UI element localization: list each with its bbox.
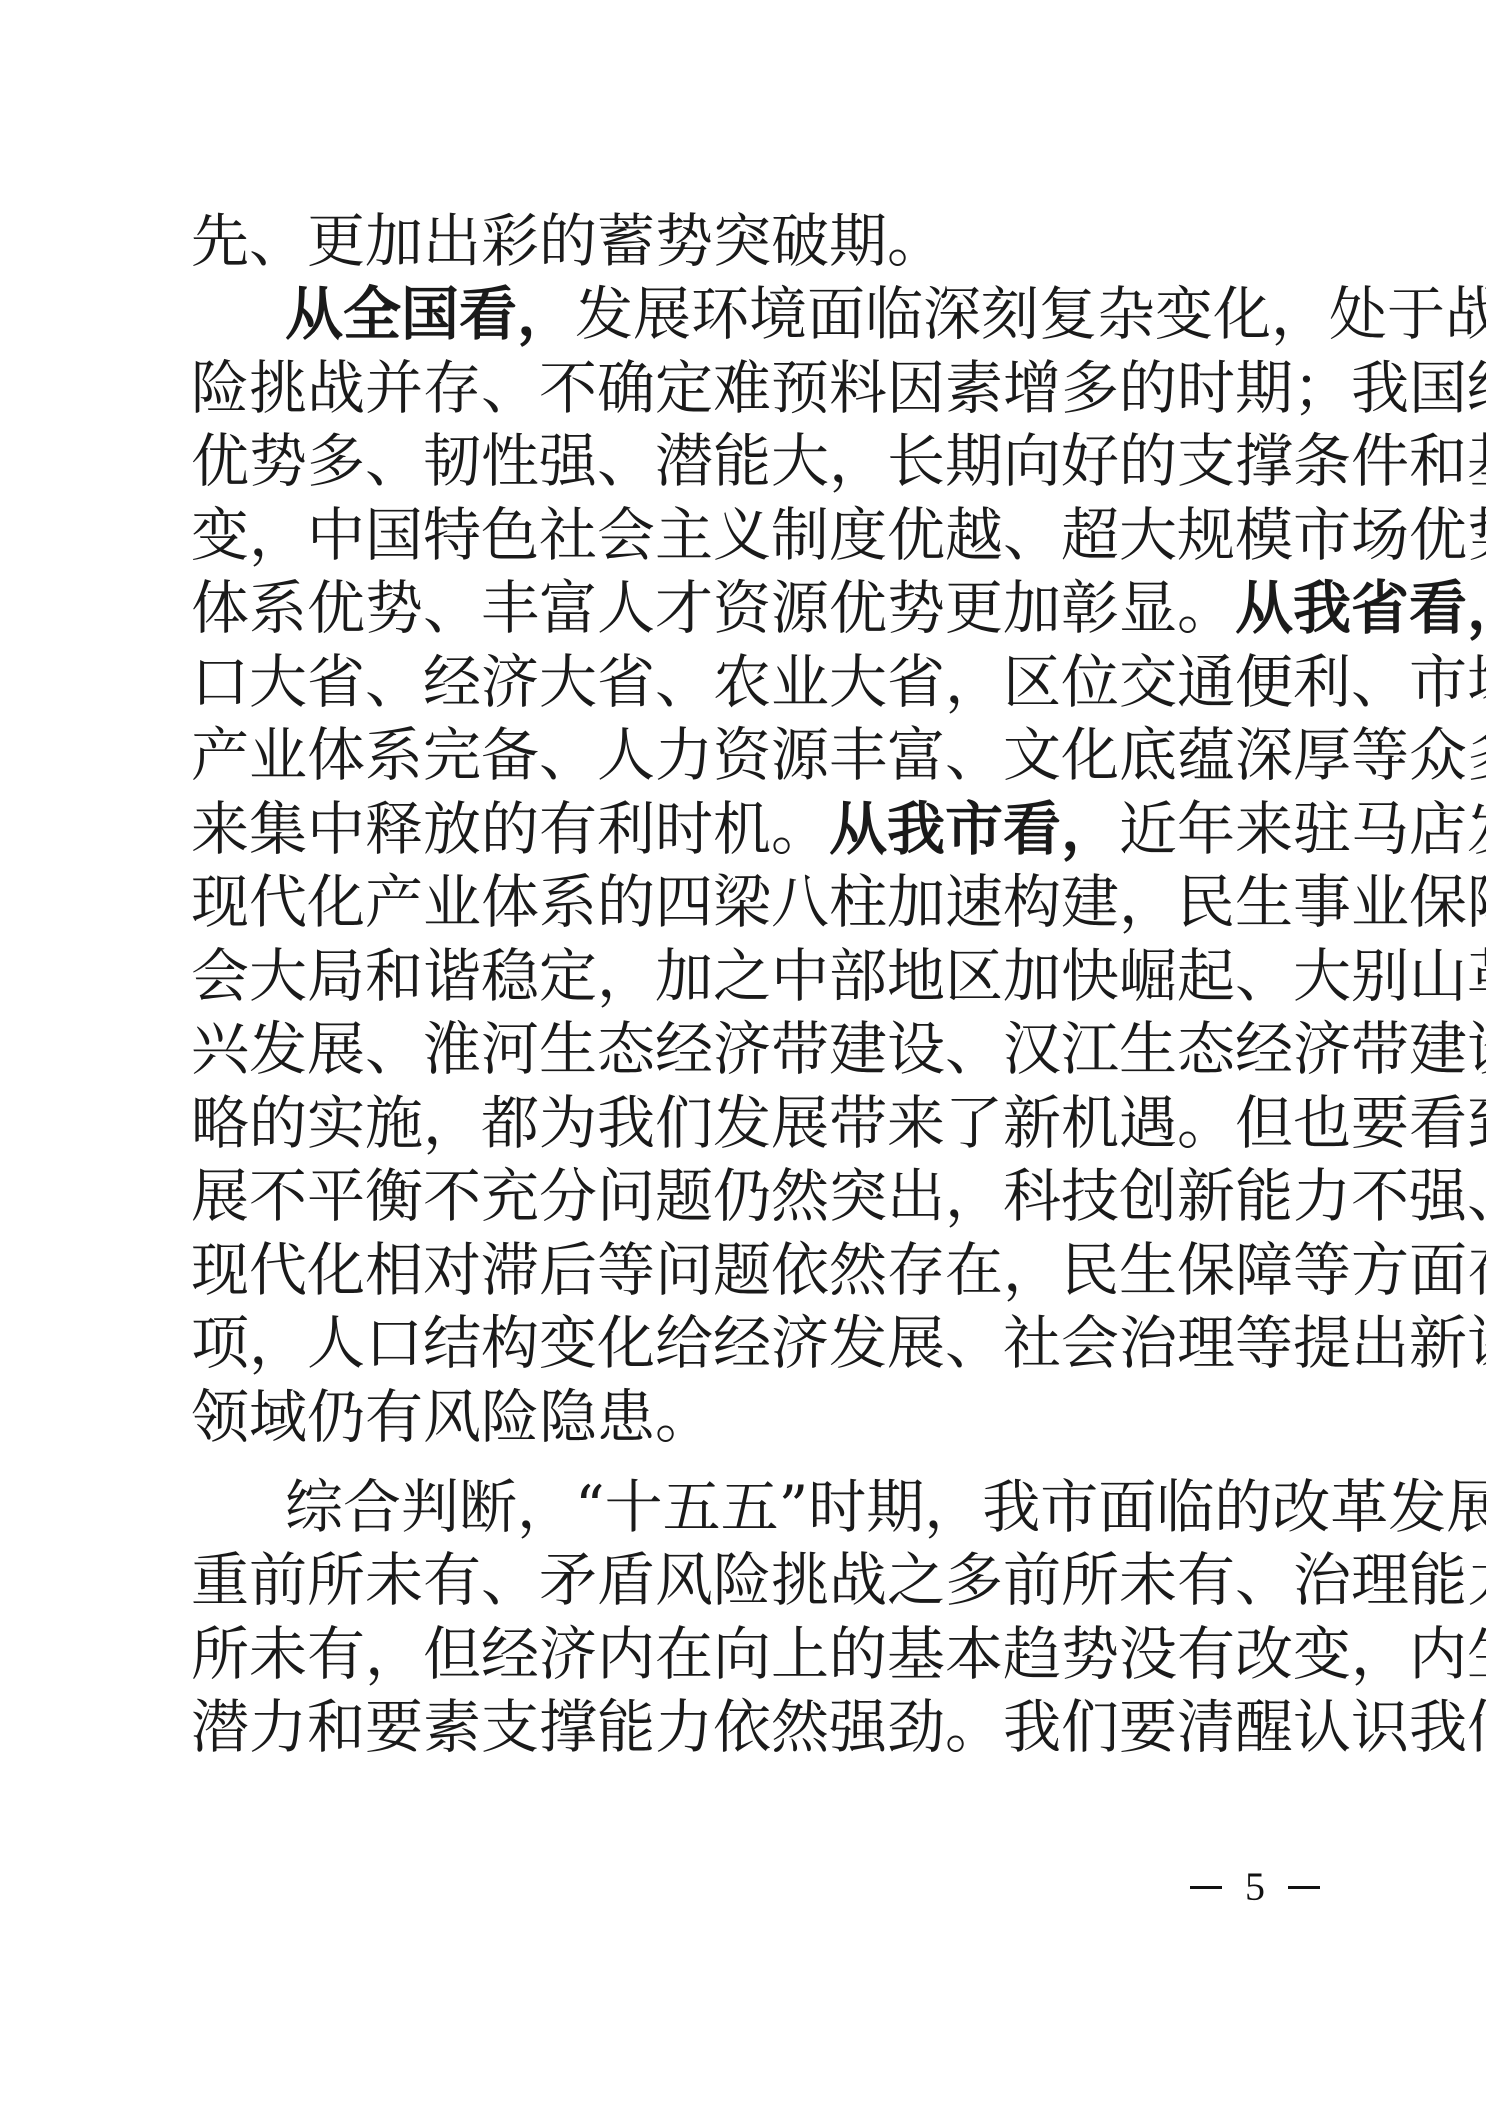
text-line: 所未有，但经济内在向上的基本趋势没有改变，内生动力、市场 <box>191 1617 1311 1691</box>
text-run: 口大省、经济大省、农业大省，区位交通便利、市场规模庞大、 <box>191 648 1486 716</box>
text-run: 领域仍有风险隐患。 <box>191 1383 713 1451</box>
text-line: 先、更加出彩的蓄势突破期。 <box>191 204 1311 278</box>
text-line: 展不平衡不充分问题仍然突出，科技创新能力不强、农业农村 <box>191 1159 1311 1233</box>
text-run: 现代化产业体系的四梁八柱加速构建，民生事业保障有力、社 <box>191 868 1486 936</box>
text-line: 会大局和谐稳定，加之中部地区加快崛起、大别山革命老区振 <box>191 939 1311 1013</box>
text-line: 从全国看，发展环境面临深刻复杂变化，处于战略机遇和风 <box>285 277 1311 351</box>
text-run: 略的实施，都为我们发展带来了新机遇。但也要看到，我市发 <box>191 1089 1486 1157</box>
text-run: 会大局和谐稳定，加之中部地区加快崛起、大别山革命老区振 <box>191 942 1486 1010</box>
text-line: 综合判断，“十五五”时期，我市面临的改革发展稳定任务之 <box>285 1470 1311 1544</box>
page-number-left-dash <box>1190 1886 1222 1889</box>
page-number-right-dash <box>1288 1886 1320 1889</box>
text-run: 先、更加出彩的蓄势突破期。 <box>191 207 945 275</box>
text-run: 变，中国特色社会主义制度优越、超大规模市场优势、完整产业 <box>191 501 1486 569</box>
text-run: 近年来驻马店发展态势良好， <box>1119 795 1486 863</box>
text-line: 口大省、经济大省、农业大省，区位交通便利、市场规模庞大、 <box>191 645 1311 719</box>
text-run: 综合判断，“十五五”时期，我市面临的改革发展稳定任务之 <box>285 1473 1486 1541</box>
text-run: 险挑战并存、不确定难预料因素增多的时期；我国经济基础稳、 <box>191 354 1486 422</box>
text-run: 体系优势、丰富人才资源优势更加彰显。 <box>191 574 1235 642</box>
text-run: 所未有，但经济内在向上的基本趋势没有改变，内生动力、市场 <box>191 1620 1486 1688</box>
bold-lead-phrase: 从我省看， <box>1235 574 1486 642</box>
text-line: 重前所未有、矛盾风险挑战之多前所未有、治理能力考验之大前 <box>191 1543 1311 1617</box>
text-line: 略的实施，都为我们发展带来了新机遇。但也要看到，我市发 <box>191 1086 1311 1160</box>
text-run: 项，人口结构变化给经济发展、社会治理等提出新课题，重点 <box>191 1309 1486 1377</box>
text-line: 险挑战并存、不确定难预料因素增多的时期；我国经济基础稳、 <box>191 351 1311 425</box>
text-line: 现代化产业体系的四梁八柱加速构建，民生事业保障有力、社 <box>191 865 1311 939</box>
document-page: 先、更加出彩的蓄势突破期。从全国看，发展环境面临深刻复杂变化，处于战略机遇和风险… <box>0 0 1486 2103</box>
text-run: 兴发展、淮河生态经济带建设、汉江生态经济带建设等国家战 <box>191 1015 1486 1083</box>
text-line: 优势多、韧性强、潜能大，长期向好的支撑条件和基本趋势没有 <box>191 424 1311 498</box>
text-line: 来集中释放的有利时机。从我市看，近年来驻马店发展态势良好， <box>191 792 1311 866</box>
text-run: 现代化相对滞后等问题依然存在，民生保障等方面存在短板弱 <box>191 1236 1486 1304</box>
bold-lead-phrase: 从全国看， <box>285 280 575 348</box>
text-run: 发展环境面临深刻复杂变化，处于战略机遇和风 <box>575 280 1486 348</box>
text-line: 体系优势、丰富人才资源优势更加彰显。从我省看，河南作为人 <box>191 571 1311 645</box>
text-run: 来集中释放的有利时机。 <box>191 795 829 863</box>
text-line: 领域仍有风险隐患。 <box>191 1380 1311 1454</box>
text-line: 潜力和要素支撑能力依然强劲。我们要清醒认识我们所处的历史 <box>191 1690 1311 1764</box>
text-line: 现代化相对滞后等问题依然存在，民生保障等方面存在短板弱 <box>191 1233 1311 1307</box>
text-line: 产业体系完备、人力资源丰富、文化底蕴深厚等众多优势，将迎 <box>191 718 1311 792</box>
page-number-value: 5 <box>1245 1862 1265 1912</box>
text-line: 变，中国特色社会主义制度优越、超大规模市场优势、完整产业 <box>191 498 1311 572</box>
text-run: 优势多、韧性强、潜能大，长期向好的支撑条件和基本趋势没有 <box>191 427 1486 495</box>
text-run: 展不平衡不充分问题仍然突出，科技创新能力不强、农业农村 <box>191 1162 1486 1230</box>
text-line: 项，人口结构变化给经济发展、社会治理等提出新课题，重点 <box>191 1306 1311 1380</box>
bold-lead-phrase: 从我市看， <box>829 795 1119 863</box>
text-run: 产业体系完备、人力资源丰富、文化底蕴深厚等众多优势，将迎 <box>191 721 1486 789</box>
page-number: 5 <box>1190 1862 1320 1912</box>
text-line: 兴发展、淮河生态经济带建设、汉江生态经济带建设等国家战 <box>191 1012 1311 1086</box>
text-run: 潜力和要素支撑能力依然强劲。我们要清醒认识我们所处的历史 <box>191 1693 1486 1761</box>
text-run: 重前所未有、矛盾风险挑战之多前所未有、治理能力考验之大前 <box>191 1546 1486 1614</box>
